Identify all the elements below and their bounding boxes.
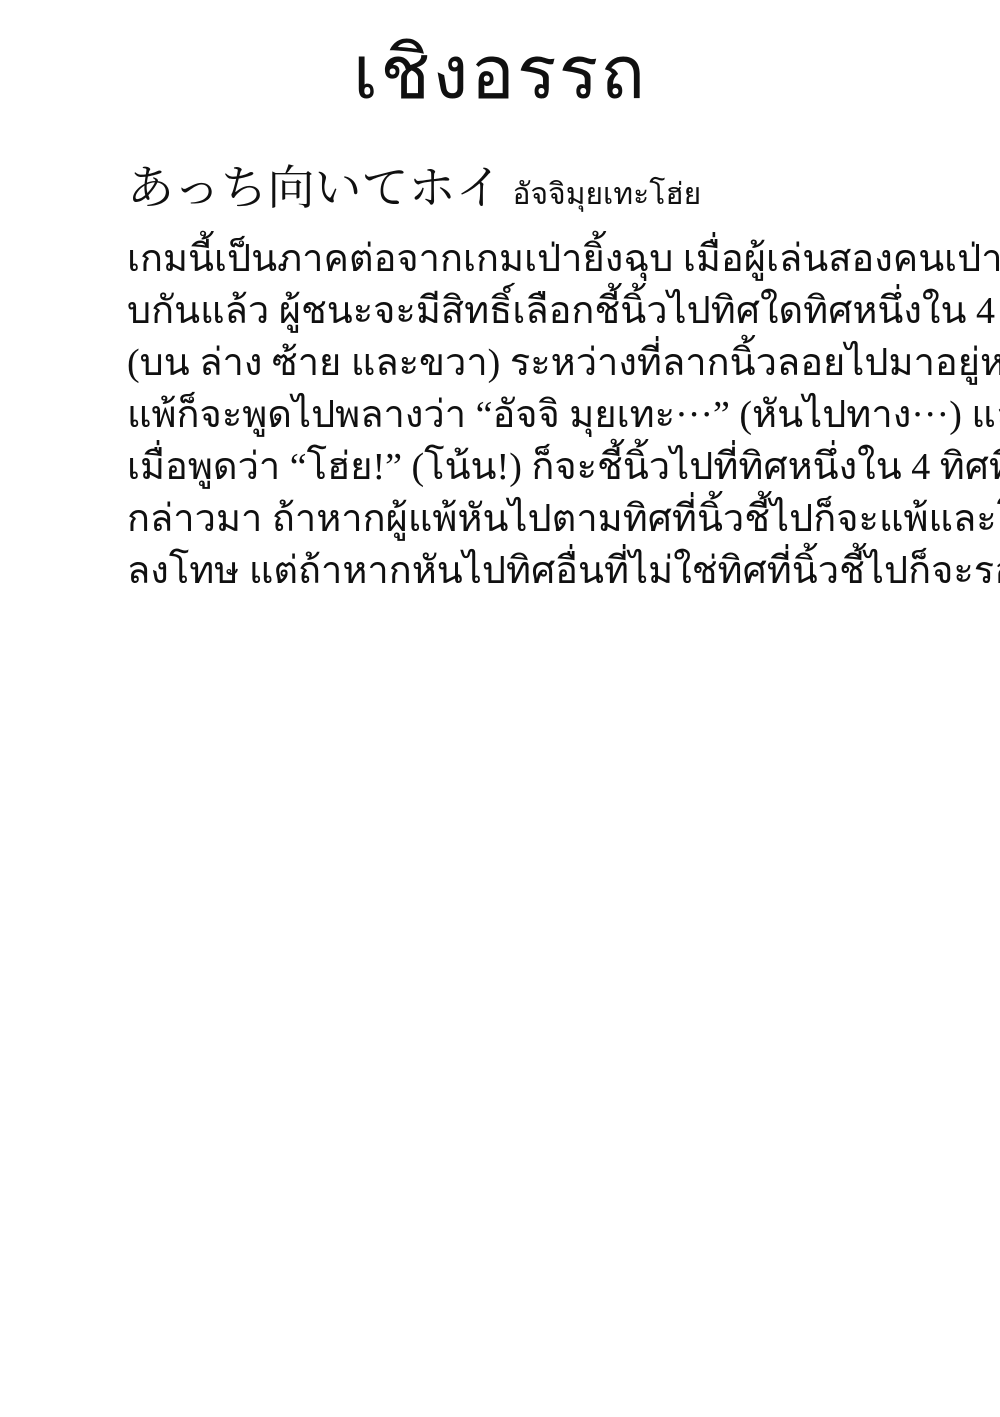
paragraph-line: (บน ล่าง ซ้าย และขวา) ระหว่างที่ลากนิ้วล…	[127, 337, 944, 389]
term-thai-transliteration: อัจจิมุยเทะโฮ่ย	[513, 177, 702, 213]
paragraph-line: เกมนี้เป็นภาคต่อจากเกมเป่ายิ้งฉุบ เมื่อผ…	[127, 233, 944, 285]
page-title: เชิงอรรถ	[0, 32, 1000, 117]
document-page: เชิงอรรถ あっち向いてホイ อัจจิมุยเทะโฮ่ย เกมนี้…	[0, 0, 1000, 1417]
term-japanese: あっち向いてホイ	[127, 161, 503, 217]
paragraph-line: บกันแล้ว ผู้ชนะจะมีสิทธิ์เลือกชี้นิ้วไปท…	[127, 285, 944, 337]
paragraph-line: กล่าวมา ถ้าหากผู้แพ้หันไปตามทิศที่นิ้วชี…	[127, 493, 944, 545]
paragraph-line: แพ้ก็จะพูดไปพลางว่า “อัจจิ มุยเทะ···” (ห…	[127, 389, 944, 441]
body-paragraph: เกมนี้เป็นภาคต่อจากเกมเป่ายิ้งฉุบ เมื่อผ…	[127, 233, 944, 597]
paragraph-line: เมื่อพูดว่า “โฮ่ย!” (โน้น!) ก็จะชี้นิ้วไ…	[127, 441, 944, 493]
term-heading: あっち向いてホイ อัจจิมุยเทะโฮ่ย	[127, 161, 944, 217]
paragraph-line: ลงโทษ แต่ถ้าหากหันไปทิศอื่นที่ไม่ใช่ทิศท…	[127, 545, 944, 597]
